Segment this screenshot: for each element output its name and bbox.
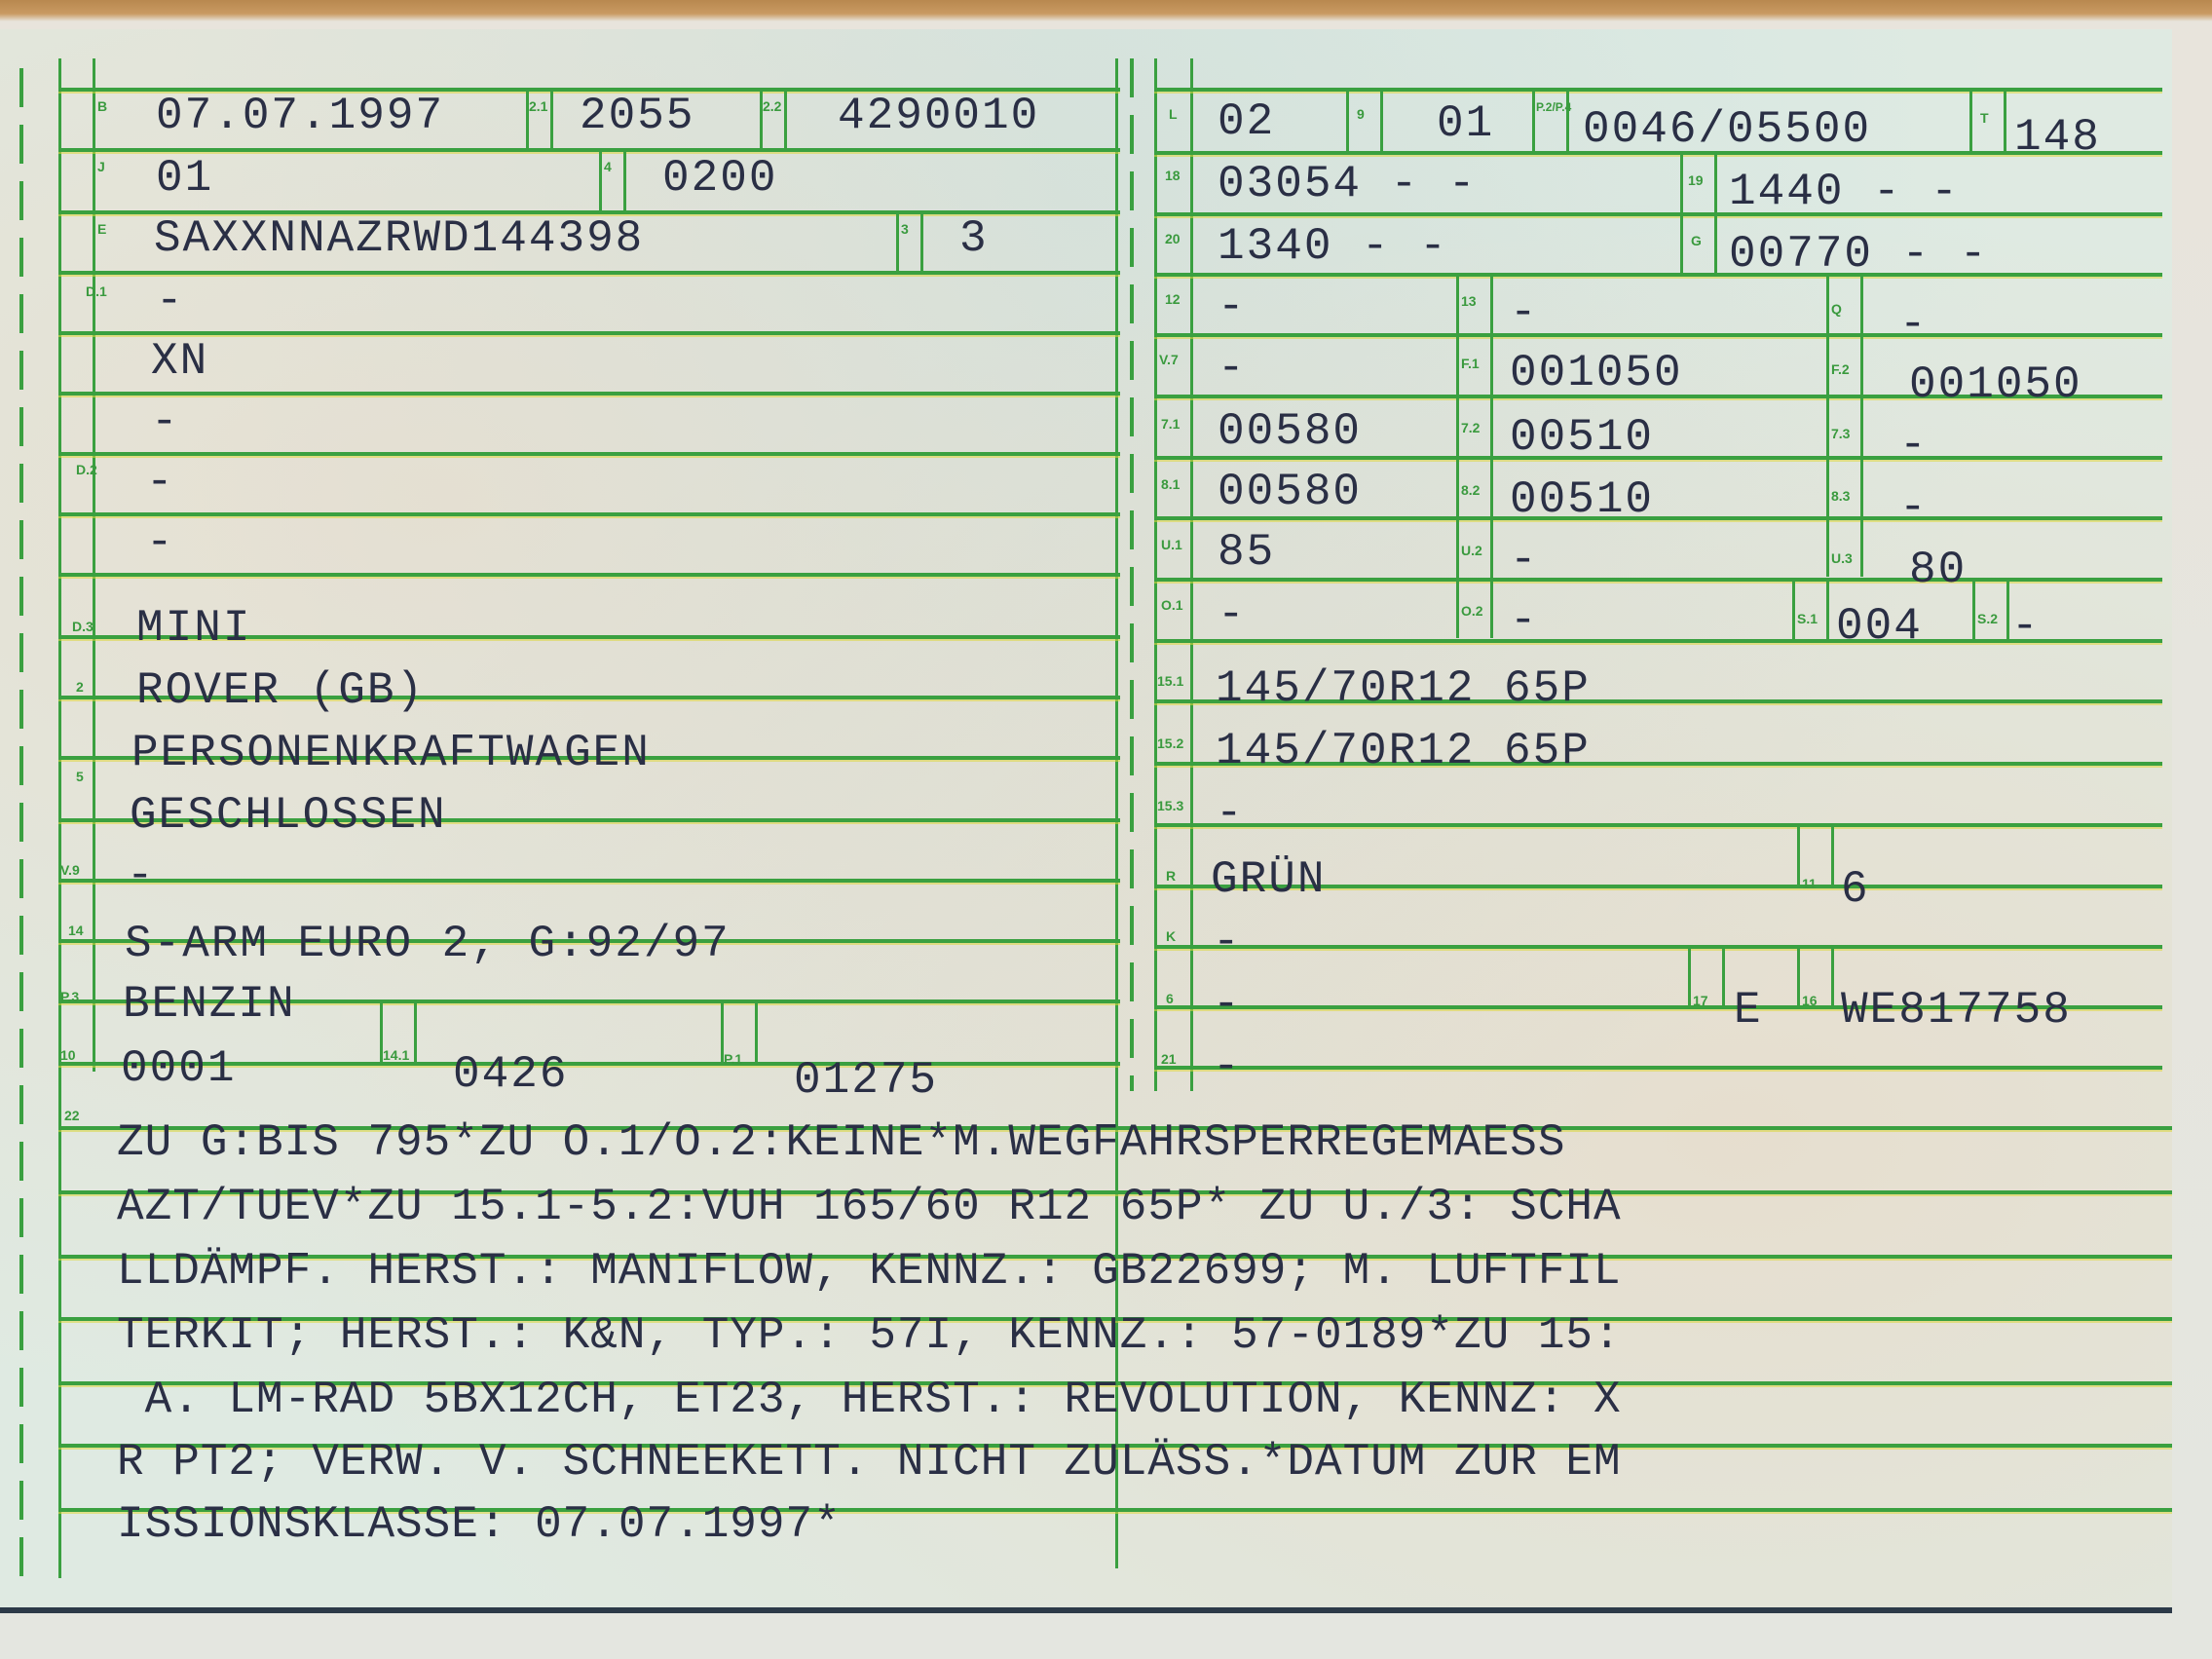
type-code-value: 4290010 xyxy=(838,94,1039,138)
field-code-label: 15.1 xyxy=(1157,674,1183,688)
field-code-label: U.3 xyxy=(1831,551,1853,565)
field-xn-value: XN xyxy=(151,339,208,384)
vehicle-type-value: PERSONENKRAFTWAGEN xyxy=(131,731,651,775)
top-speed-value: 148 xyxy=(2014,115,2101,160)
field-k-value: - xyxy=(1213,920,1242,964)
field-code-label: 10 xyxy=(60,1048,76,1062)
remarks-line: TERKIT; HERST.: K&N, TYP.: 57I, KENNZ.: … xyxy=(117,1313,1622,1358)
vehicle-class-value: 01 xyxy=(156,156,213,201)
field-12-value: - xyxy=(1218,284,1247,329)
field-code-label: 14.1 xyxy=(383,1048,409,1062)
field-code-label: F.1 xyxy=(1461,357,1480,370)
noise-stationary-value: 85 xyxy=(1218,530,1275,575)
field-code-label: 7.1 xyxy=(1161,417,1180,431)
field-code-label: 6 xyxy=(1166,992,1174,1005)
field-14-1-value: 0426 xyxy=(453,1052,568,1097)
field-21-value: - xyxy=(1213,1044,1242,1089)
field-code-label: F.2 xyxy=(1831,362,1850,376)
power-rpm-value: 0046/05500 xyxy=(1583,107,1871,152)
field-code-label: U.1 xyxy=(1161,538,1182,551)
field-code-label: S.1 xyxy=(1797,612,1818,625)
emission-key-value: 0001 xyxy=(121,1046,236,1091)
field-v7-value: - xyxy=(1218,346,1247,391)
towing-unbraked-value: - xyxy=(1510,598,1539,643)
field-code-label: V.7 xyxy=(1159,353,1179,366)
field-code-label: P.2/P.4 xyxy=(1536,101,1571,113)
field-code-label: 7.2 xyxy=(1461,421,1480,434)
towing-braked-value: - xyxy=(1218,592,1247,637)
colour-value: GRÜN xyxy=(1211,857,1326,902)
field-code-label: O.1 xyxy=(1161,598,1183,612)
field-code-label: 11 xyxy=(1802,877,1817,890)
field-13-value: - xyxy=(1510,290,1539,335)
row-line xyxy=(58,452,1120,456)
field-code-label: K xyxy=(1166,929,1176,943)
field-code-label: 8.1 xyxy=(1161,477,1180,491)
field-code-label: T xyxy=(1980,111,1989,125)
width-value: 1440 - - xyxy=(1729,170,1960,214)
standing-places-value: - xyxy=(2011,604,2041,649)
field-code-label: G xyxy=(1691,234,1702,247)
axle-load-7-1-value: 00580 xyxy=(1218,409,1362,454)
field-code-label: 9 xyxy=(1357,107,1365,121)
registration-document: B 07.07.1997 2.1 2055 2.2 4290010 J 01 4… xyxy=(0,29,2172,1613)
axle-load-8-3-value: - xyxy=(1899,485,1929,530)
field-code-label: R xyxy=(1166,869,1176,883)
field-blank-value: - xyxy=(151,399,180,444)
issue-date-value: 07.07.1997 xyxy=(156,94,444,138)
field-code-label: S.2 xyxy=(1977,612,1998,625)
row-line xyxy=(58,512,1120,516)
tyre-axle-2-value: 145/70R12 65P xyxy=(1216,729,1591,773)
field-code-label: 19 xyxy=(1688,173,1704,187)
remarks-line: R PT2; VERW. V. SCHNEEKETT. NICHT ZULÄSS… xyxy=(117,1440,1622,1485)
field-code-label: V.9 xyxy=(60,863,80,877)
manufacturer-value: ROVER (GB) xyxy=(136,668,425,713)
field-code-label: 18 xyxy=(1165,169,1181,182)
center-divider-dash xyxy=(1130,58,1134,1091)
row-line xyxy=(1154,212,2162,216)
tyre-axle-1-value: 145/70R12 65P xyxy=(1216,666,1591,711)
field-d1-value: - xyxy=(156,279,185,323)
field-code-label: 2.1 xyxy=(529,99,547,113)
row-line xyxy=(1154,578,2162,582)
field-code-label: 20 xyxy=(1165,232,1181,245)
manufacturer-code-value: 2055 xyxy=(580,94,694,138)
row-line xyxy=(58,271,1120,275)
axle-load-7-3-value: - xyxy=(1899,423,1929,468)
row-line xyxy=(58,148,1120,152)
field-code-label: 15.2 xyxy=(1157,736,1183,750)
seats-value: 004 xyxy=(1836,604,1923,649)
field-code-label: Q xyxy=(1831,302,1842,316)
field-code-label: D.2 xyxy=(76,463,97,476)
tyre-axle-3-value: - xyxy=(1216,791,1245,836)
field-code-label: 7.3 xyxy=(1831,427,1850,440)
field-code-label: 17 xyxy=(1693,994,1708,1007)
row-line xyxy=(1154,1066,2162,1070)
field-code-label: 12 xyxy=(1165,292,1181,306)
row-line xyxy=(1154,945,2162,949)
fuel-type-value: BENZIN xyxy=(123,982,296,1027)
max-mass-value: 001050 xyxy=(1510,351,1683,396)
colour-code-value: 6 xyxy=(1841,867,1870,912)
model-value: MINI xyxy=(136,606,251,651)
emission-class-value: S-ARM EURO 2, G:92/97 xyxy=(125,922,731,966)
field-code-label: 16 xyxy=(1802,994,1818,1007)
field-code-label: P.1 xyxy=(724,1052,742,1066)
vin-check-digit-value: 3 xyxy=(959,216,989,261)
permitted-mass-value: 001050 xyxy=(1909,362,2082,407)
field-code-label: L xyxy=(1169,107,1178,121)
remarks-line: AZT/TUEV*ZU 15.1-5.2:VUH 165/60 R12 65P*… xyxy=(117,1185,1622,1229)
field-code-label: E xyxy=(97,222,106,236)
body-type-value: GESCHLOSSEN xyxy=(130,793,447,838)
row-line xyxy=(1154,823,2162,827)
length-value: 03054 - - xyxy=(1218,162,1477,207)
row-line xyxy=(1154,333,2162,337)
axle-load-8-1-value: 00580 xyxy=(1218,470,1362,514)
field-blank-value: - xyxy=(146,520,175,565)
remarks-line: A. LM-RAD 5BX12CH, ET23, HERST.: REVOLUT… xyxy=(117,1377,1622,1422)
row-line xyxy=(58,879,1120,883)
noise-driving-value: 80 xyxy=(1909,547,1967,592)
field-code-label: 3 xyxy=(901,222,909,236)
axle-load-7-2-value: 00510 xyxy=(1510,415,1654,460)
field-code-label: 8.3 xyxy=(1831,489,1850,503)
field-6-value: - xyxy=(1213,982,1242,1027)
empty-mass-value: 00770 - - xyxy=(1729,232,1988,277)
drive-axles-value: 01 xyxy=(1437,101,1494,146)
left-margin-dash xyxy=(19,68,23,1578)
field-code-label: 2 xyxy=(76,680,84,694)
field-code-label: 15.3 xyxy=(1157,799,1183,812)
field-code-label: O.2 xyxy=(1461,604,1483,618)
noise-rpm-value: - xyxy=(1510,538,1539,583)
field-code-label: D.3 xyxy=(72,620,94,633)
document-number-value: WE817758 xyxy=(1841,988,2072,1033)
field-code-label: 13 xyxy=(1461,294,1477,308)
field-17-value: E xyxy=(1734,988,1763,1033)
field-code-label: 21 xyxy=(1161,1052,1177,1066)
remarks-code-label: 22 xyxy=(64,1109,80,1122)
field-q-value: - xyxy=(1899,302,1929,347)
axle-load-8-2-value: 00510 xyxy=(1510,477,1654,522)
field-code-label: 8.2 xyxy=(1461,483,1480,497)
row-line xyxy=(58,331,1120,335)
body-code-value: 0200 xyxy=(662,156,777,201)
remarks-line: ZU G:BIS 795*ZU O.1/O.2:KEINE*M.WEGFAHRS… xyxy=(117,1120,1565,1165)
field-code-label: 2.2 xyxy=(763,99,781,113)
field-code-label: 5 xyxy=(76,770,84,783)
field-code-label: B xyxy=(97,99,107,113)
field-code-label: U.2 xyxy=(1461,544,1482,557)
field-d2-value: - xyxy=(146,460,175,505)
row-line xyxy=(1154,88,2162,92)
field-code-label: P.3 xyxy=(60,990,79,1003)
field-code-label: 14 xyxy=(68,924,84,937)
remarks-line: ISSIONSKLASSE: 07.07.1997* xyxy=(117,1502,842,1547)
field-v9-value: - xyxy=(127,853,156,898)
field-code-label: 4 xyxy=(604,160,612,173)
displacement-value: 01275 xyxy=(794,1058,938,1103)
height-value: 1340 - - xyxy=(1218,224,1448,269)
remarks-line: LLDÄMPF. HERST.: MANIFLOW, KENNZ.: GB226… xyxy=(117,1249,1622,1294)
axles-value: 02 xyxy=(1218,99,1275,144)
row-line xyxy=(1154,273,2162,277)
row-line xyxy=(58,392,1120,396)
field-code-label: J xyxy=(97,160,105,173)
field-code-label: D.1 xyxy=(86,284,107,298)
vin-value: SAXXNNAZRWD144398 xyxy=(154,216,644,261)
row-line xyxy=(58,573,1120,577)
